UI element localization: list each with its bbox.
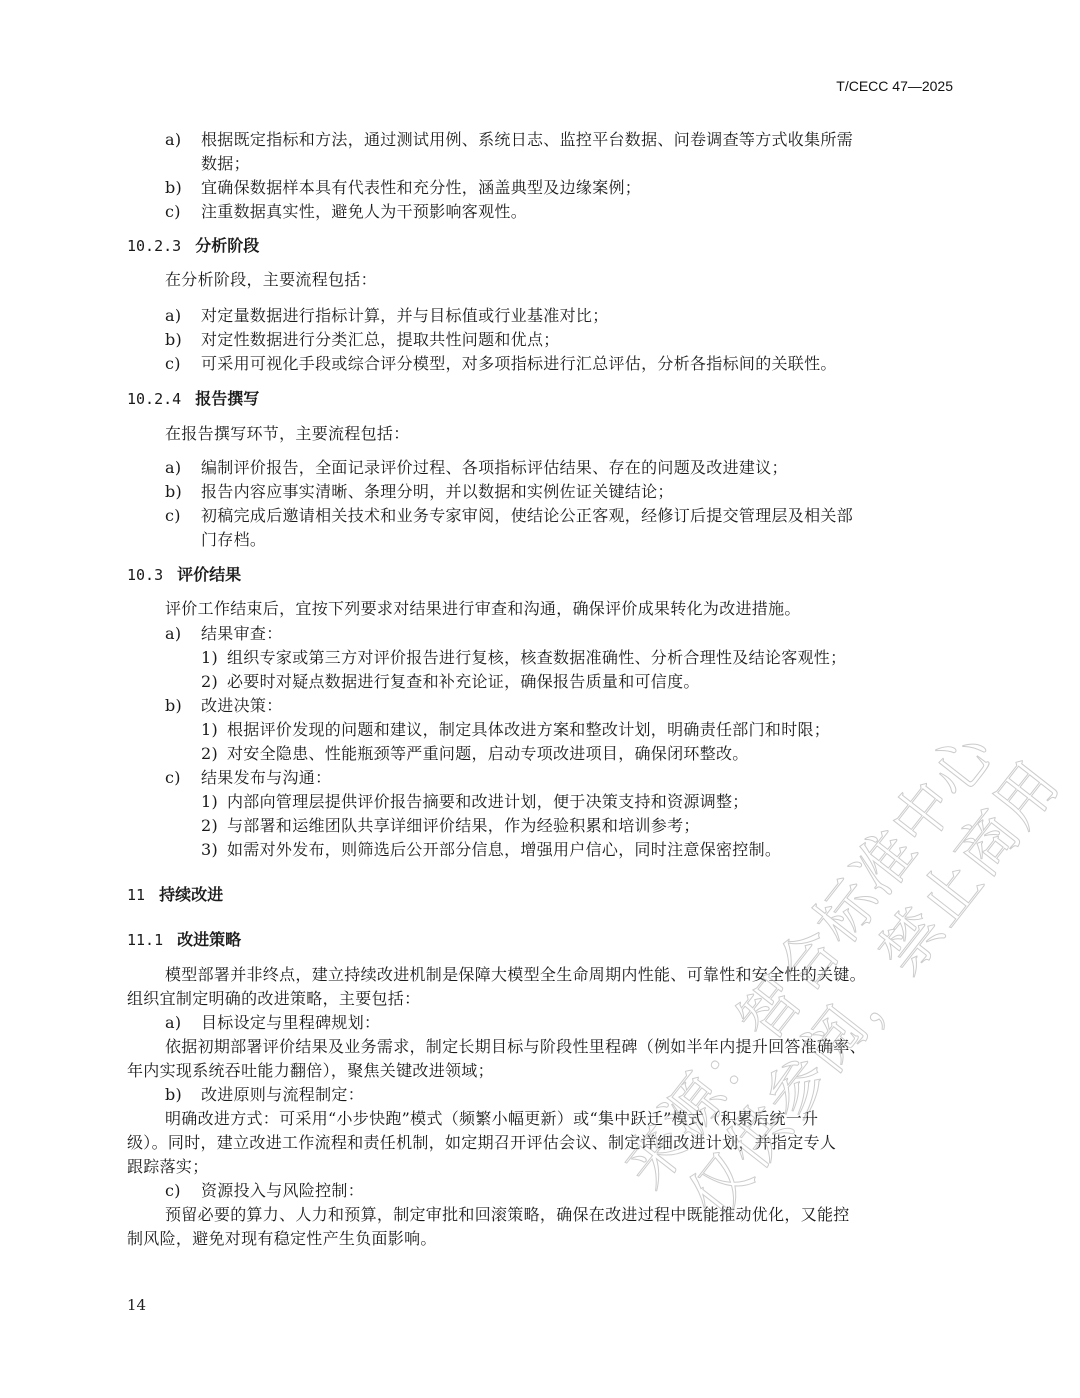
section-number: 11.1 bbox=[127, 928, 163, 952]
section-title: 分析阶段 bbox=[195, 236, 259, 255]
section-number: 10.2.3 bbox=[127, 234, 181, 258]
paragraph-line: 预留必要的算力、人力和预算，制定审批和回滚策略，确保在改进过程中既能推动优化，又… bbox=[165, 1203, 850, 1227]
section-title: 报告撰写 bbox=[195, 389, 259, 408]
list-item-text: 目标设定与里程碑规划： bbox=[201, 1013, 380, 1032]
sub-list-item: 2)对安全隐患、性能瓶颈等严重问题，启动专项改进项目，确保闭环整改。 bbox=[201, 742, 749, 766]
list-marker: b) bbox=[165, 1083, 201, 1107]
sub-list-marker: 2) bbox=[201, 670, 227, 694]
list-item: b)对定性数据进行分类汇总，提取共性问题和优点； bbox=[165, 328, 560, 352]
list-item: a)目标设定与里程碑规划： bbox=[165, 1011, 380, 1035]
sub-list-item-text: 对安全隐患、性能瓶颈等严重问题，启动专项改进项目，确保闭环整改。 bbox=[227, 744, 749, 763]
list-item-text: 资源投入与风险控制： bbox=[201, 1181, 364, 1200]
list-marker: c) bbox=[165, 200, 201, 224]
document-page: T/CECC 47—2025 a)根据既定指标和方法，通过测试用例、系统日志、监… bbox=[0, 0, 1080, 1398]
list-marker: a) bbox=[165, 456, 201, 480]
sub-list-marker: 3) bbox=[201, 838, 227, 862]
list-marker: c) bbox=[165, 504, 201, 528]
list-item-text: 改进决策： bbox=[201, 696, 283, 715]
section-title: 评价结果 bbox=[177, 565, 241, 584]
list-item-text: 根据既定指标和方法，通过测试用例、系统日志、监控平台数据、问卷调查等方式收集所需 bbox=[201, 130, 853, 149]
section-number: 10.2.4 bbox=[127, 387, 181, 411]
list-item: c)注重数据真实性，避免人为干预影响客观性。 bbox=[165, 200, 527, 224]
paragraph-line: 跟踪落实； bbox=[127, 1155, 209, 1179]
section-heading-10-2-4: 10.2.4报告撰写 bbox=[127, 387, 259, 411]
page-number: 14 bbox=[127, 1296, 146, 1314]
list-item: c)初稿完成后邀请相关技术和业务专家审阅，使结论公正客观，经修订后提交管理层及相… bbox=[165, 504, 853, 528]
paragraph-line: 模型部署并非终点，建立持续改进机制是保障大模型全生命周期内性能、可靠性和安全性的… bbox=[165, 963, 866, 987]
list-item: c)可采用可视化手段或综合评分模型，对多项指标进行汇总评估，分析各指标间的关联性… bbox=[165, 352, 837, 376]
list-marker: c) bbox=[165, 352, 201, 376]
list-item-text: 初稿完成后邀请相关技术和业务专家审阅，使结论公正客观，经修订后提交管理层及相关部 bbox=[201, 506, 853, 525]
list-item: b)宜确保数据样本具有代表性和充分性，涵盖典型及边缘案例； bbox=[165, 176, 641, 200]
list-marker: b) bbox=[165, 176, 201, 200]
list-item: a)结果审查： bbox=[165, 622, 283, 646]
list-marker: a) bbox=[165, 1011, 201, 1035]
sub-list-item-text: 如需对外发布，则筛选后公开部分信息，增强用户信心，同时注意保密控制。 bbox=[227, 840, 781, 859]
sub-list-marker: 2) bbox=[201, 814, 227, 838]
list-item: a)对定量数据进行指标计算，并与目标值或行业基准对比； bbox=[165, 304, 609, 328]
paragraph-line: 制风险，避免对现有稳定性产生负面影响。 bbox=[127, 1227, 437, 1251]
sub-list-item-text: 根据评价发现的问题和建议，制定具体改进方案和整改计划，明确责任部门和时限； bbox=[227, 720, 830, 739]
section-heading-11-1: 11.1改进策略 bbox=[127, 928, 241, 952]
section-number: 11 bbox=[127, 883, 145, 907]
list-item: b)改进原则与流程制定： bbox=[165, 1083, 364, 1107]
sub-list-item: 1)内部向管理层提供评价报告摘要和改进计划，便于决策支持和资源调整； bbox=[201, 790, 749, 814]
sub-list-item-text: 内部向管理层提供评价报告摘要和改进计划，便于决策支持和资源调整； bbox=[227, 792, 749, 811]
list-item-text: 宜确保数据样本具有代表性和充分性，涵盖典型及边缘案例； bbox=[201, 178, 641, 197]
list-marker: a) bbox=[165, 304, 201, 328]
section-heading-10-2-3: 10.2.3分析阶段 bbox=[127, 234, 259, 258]
sub-list-item: 1)组织专家或第三方对评价报告进行复核，核查数据准确性、分析合理性及结论客观性； bbox=[201, 646, 846, 670]
paragraph-line: 依据初期部署评价结果及业务需求，制定长期目标与阶段性里程碑（例如半年内提升回答准… bbox=[165, 1035, 866, 1059]
list-item-text: 编制评价报告，全面记录评价过程、各项指标评估结果、存在的问题及改进建议； bbox=[201, 458, 788, 477]
list-item: c)资源投入与风险控制： bbox=[165, 1179, 364, 1203]
list-item-text: 对定量数据进行指标计算，并与目标值或行业基准对比； bbox=[201, 306, 609, 325]
section-heading-11: 11持续改进 bbox=[127, 883, 223, 907]
list-marker: b) bbox=[165, 694, 201, 718]
sub-list-marker: 2) bbox=[201, 742, 227, 766]
list-item-text: 可采用可视化手段或综合评分模型，对多项指标进行汇总评估，分析各指标间的关联性。 bbox=[201, 354, 837, 373]
paragraph-line: 级）。同时，建立改进工作流程和责任机制，如定期召开评估会议、制定详细改进计划，并… bbox=[127, 1131, 836, 1155]
section-intro: 在分析阶段，主要流程包括： bbox=[165, 268, 377, 292]
list-marker: c) bbox=[165, 766, 201, 790]
list-item-continuation: 门存档。 bbox=[201, 528, 266, 552]
list-item-text: 结果审查： bbox=[201, 624, 283, 643]
section-number: 10.3 bbox=[127, 563, 163, 587]
sub-list-item-text: 必要时对疑点数据进行复查和补充论证，确保报告质量和可信度。 bbox=[227, 672, 700, 691]
list-marker: b) bbox=[165, 328, 201, 352]
sub-list-marker: 1) bbox=[201, 646, 227, 670]
list-item-continuation: 数据； bbox=[201, 152, 250, 176]
sub-list-marker: 1) bbox=[201, 790, 227, 814]
section-intro: 评价工作结束后，宜按下列要求对结果进行审查和沟通，确保评价成果转化为改进措施。 bbox=[165, 597, 801, 621]
standard-code: T/CECC 47—2025 bbox=[836, 78, 953, 94]
sub-list-item-text: 与部署和运维团队共享详细评价结果，作为经验积累和培训参考； bbox=[227, 816, 700, 835]
list-item: a)根据既定指标和方法，通过测试用例、系统日志、监控平台数据、问卷调查等方式收集… bbox=[165, 128, 853, 152]
sub-list-item: 2)与部署和运维团队共享详细评价结果，作为经验积累和培训参考； bbox=[201, 814, 700, 838]
paragraph-line: 年内实现系统吞吐能力翻倍），聚焦关键改进领域； bbox=[127, 1059, 494, 1083]
list-item-text: 注重数据真实性，避免人为干预影响客观性。 bbox=[201, 202, 527, 221]
list-item: c)结果发布与沟通： bbox=[165, 766, 331, 790]
sub-list-item-text: 组织专家或第三方对评价报告进行复核，核查数据准确性、分析合理性及结论客观性； bbox=[227, 648, 846, 667]
sub-list-item: 3)如需对外发布，则筛选后公开部分信息，增强用户信心，同时注意保密控制。 bbox=[201, 838, 781, 862]
section-title: 持续改进 bbox=[159, 885, 223, 904]
list-item-text: 结果发布与沟通： bbox=[201, 768, 331, 787]
list-item: a)编制评价报告，全面记录评价过程、各项指标评估结果、存在的问题及改进建议； bbox=[165, 456, 788, 480]
sub-list-item: 1)根据评价发现的问题和建议，制定具体改进方案和整改计划，明确责任部门和时限； bbox=[201, 718, 830, 742]
sub-list-item: 2)必要时对疑点数据进行复查和补充论证，确保报告质量和可信度。 bbox=[201, 670, 700, 694]
list-marker: c) bbox=[165, 1179, 201, 1203]
paragraph-line: 组织宜制定明确的改进策略，主要包括： bbox=[127, 987, 420, 1011]
list-marker: a) bbox=[165, 128, 201, 152]
list-item-text: 对定性数据进行分类汇总，提取共性问题和优点； bbox=[201, 330, 560, 349]
section-title: 改进策略 bbox=[177, 930, 241, 949]
paragraph-line: 明确改进方式：可采用“小步快跑”模式（频繁小幅更新）或“集中跃迁”模式（积累后统… bbox=[165, 1107, 818, 1131]
list-item: b)改进决策： bbox=[165, 694, 283, 718]
list-marker: a) bbox=[165, 622, 201, 646]
list-item: b)报告内容应事实清晰、条理分明，并以数据和实例佐证关键结论； bbox=[165, 480, 674, 504]
section-heading-10-3: 10.3评价结果 bbox=[127, 563, 241, 587]
list-marker: b) bbox=[165, 480, 201, 504]
list-item-text: 报告内容应事实清晰、条理分明，并以数据和实例佐证关键结论； bbox=[201, 482, 674, 501]
section-intro: 在报告撰写环节，主要流程包括： bbox=[165, 422, 410, 446]
sub-list-marker: 1) bbox=[201, 718, 227, 742]
list-item-text: 改进原则与流程制定： bbox=[201, 1085, 364, 1104]
